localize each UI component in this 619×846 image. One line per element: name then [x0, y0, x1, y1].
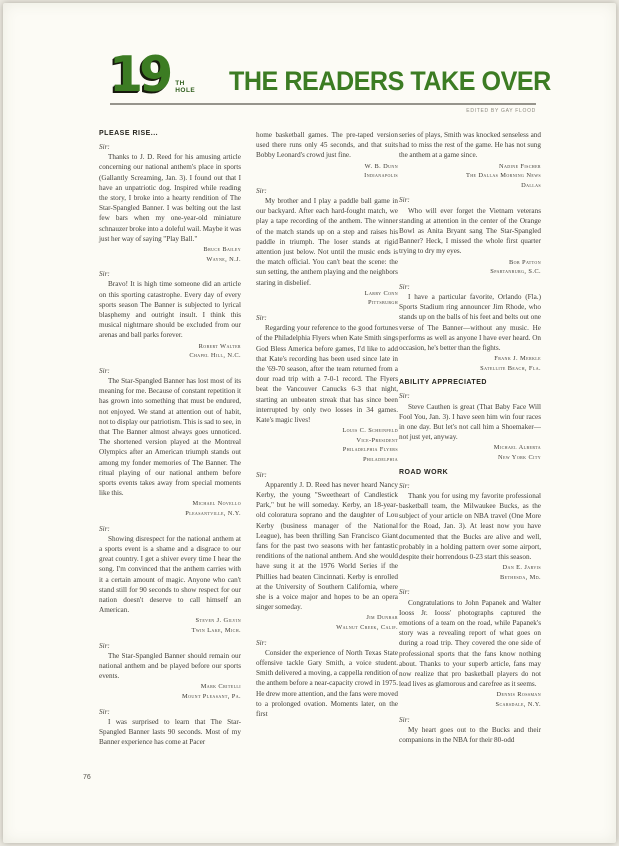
letter-paragraph: The Star-Spangled Banner has lost most o… [99, 376, 241, 498]
letter-paragraph: I was surprised to learn that The Star-S… [99, 717, 241, 748]
letter-salutation: Sir: [399, 587, 541, 597]
letter-paragraph: Showing disrespect for the national anth… [99, 534, 241, 616]
header-rule [110, 103, 536, 105]
letter-salutation: Sir: [99, 269, 241, 279]
signature-line: Mark Critelli [99, 682, 241, 692]
signature-line: Steven J. Gilvin [99, 616, 241, 626]
letter-salutation: Sir: [99, 524, 241, 534]
section-heading: ROAD WORK [399, 469, 541, 476]
signature-line: Scarsdale, N.Y. [399, 700, 541, 710]
letter-paragraph: My brother and I play a paddle ball game… [256, 196, 398, 288]
signature-line: Wayne, N.J. [99, 255, 241, 265]
signature-line: Pittsburgh [256, 298, 398, 308]
signature-line: Louis C. Scheinfeld [256, 426, 398, 436]
signature-line: Mount Pleasant, Pa. [99, 692, 241, 702]
signature-line: Spartanburg, S.C. [399, 267, 541, 277]
letter-paragraph: Thank you for using my favorite professi… [399, 491, 541, 562]
signature-line: Larry Conn [256, 289, 398, 299]
letter-salutation: Sir: [399, 391, 541, 401]
letter-salutation: Sir: [399, 715, 541, 725]
letter-salutation: Sir: [399, 481, 541, 491]
signature-line: Bob Patton [399, 258, 541, 268]
signature-line: Michael Alberta [399, 443, 541, 453]
letter-paragraph: The Star-Spangled Banner should remain o… [99, 651, 241, 682]
page-number: 76 [83, 774, 91, 781]
letter-paragraph: Regarding your reference to the good for… [256, 323, 398, 425]
letter-paragraph: series of plays, Smith was knocked sense… [399, 130, 541, 161]
letter-signature: Nadine FischerThe Dallas Morning NewsDal… [399, 162, 541, 191]
letter-paragraph: I have a particular favorite, Orlando (F… [399, 292, 541, 353]
section-heading: PLEASE RISE... [99, 130, 241, 137]
text-column: series of plays, Smith was knocked sense… [399, 130, 541, 745]
letter-signature: Dennis RossmanScarsdale, N.Y. [399, 690, 541, 709]
signature-line: The Dallas Morning News [399, 171, 541, 181]
signature-line: Vice-President [256, 436, 398, 446]
letter-signature: Steven J. GilvinTwin Lake, Mich. [99, 616, 241, 635]
letter-signature: Michael NovelloPleasantville, N.Y. [99, 499, 241, 518]
nineteenth-hole-logo: 19 TH HOLE [109, 53, 195, 97]
signature-line: Indianapolis [256, 171, 398, 181]
signature-line: Chapel Hill, N.C. [99, 351, 241, 361]
letter-paragraph: Thanks to J. D. Reed for his amusing art… [99, 152, 241, 244]
signature-line: Robert Walter [99, 342, 241, 352]
text-column: home basketball games. The pre-taped ver… [256, 130, 398, 719]
signature-line: Philadelphia [256, 455, 398, 465]
letter-salutation: Sir: [399, 282, 541, 292]
logo-suffix-th: TH [175, 80, 195, 87]
letter-salutation: Sir: [256, 186, 398, 196]
page-title: THE READERS TAKE OVER [229, 66, 551, 96]
signature-line: Satellite Beach, Fla. [399, 364, 541, 374]
letter-signature: Bruce BaileyWayne, N.J. [99, 245, 241, 264]
signature-line: W. B. Dunn [256, 162, 398, 172]
signature-line: New York City [399, 453, 541, 463]
letter-signature: Michael AlbertaNew York City [399, 443, 541, 462]
letter-salutation: Sir: [99, 142, 241, 152]
signature-line: Nadine Fischer [399, 162, 541, 172]
letter-signature: Louis C. ScheinfeldVice-PresidentPhilade… [256, 426, 398, 464]
letter-signature: Jim DunbarWalnut Creek, Calif. [256, 613, 398, 632]
signature-line: Dan E. Jarvis [399, 563, 541, 573]
letter-salutation: Sir: [256, 470, 398, 480]
letter-salutation: Sir: [256, 638, 398, 648]
letter-signature: Robert WalterChapel Hill, N.C. [99, 342, 241, 361]
letter-paragraph: Bravo! It is high time someone did an ar… [99, 279, 241, 340]
letter-paragraph: Steve Cauthen is great (That Baby Face W… [399, 402, 541, 443]
section-heading: ABILITY APPRECIATED [399, 379, 541, 386]
letter-signature: Larry ConnPittsburgh [256, 289, 398, 308]
signature-line: Philadelphia Flyers [256, 445, 398, 455]
letter-paragraph: Consider the experience of North Texas S… [256, 648, 398, 719]
logo-suffix-hole: HOLE [175, 87, 195, 94]
logo-suffix: TH HOLE [175, 80, 195, 94]
signature-line: Frank J. Merkle [399, 354, 541, 364]
letter-salutation: Sir: [399, 195, 541, 205]
letter-paragraph: My heart goes out to the Bucks and their… [399, 725, 541, 745]
signature-line: Twin Lake, Mich. [99, 626, 241, 636]
letter-paragraph: home basketball games. The pre-taped ver… [256, 130, 398, 161]
letter-paragraph: Who will ever forget the Vietnam veteran… [399, 206, 541, 257]
letter-signature: Dan E. JarvisBethesda, Md. [399, 563, 541, 582]
letter-signature: Bob PattonSpartanburg, S.C. [399, 258, 541, 277]
signature-line: Jim Dunbar [256, 613, 398, 623]
letter-paragraph: Apparently J. D. Reed has never heard Na… [256, 480, 398, 613]
signature-line: Pleasantville, N.Y. [99, 509, 241, 519]
signature-line: Michael Novello [99, 499, 241, 509]
letter-paragraph: Congratulations to John Papanek and Walt… [399, 598, 541, 690]
signature-line: Walnut Creek, Calif. [256, 623, 398, 633]
signature-line: Bruce Bailey [99, 245, 241, 255]
signature-line: Dallas [399, 181, 541, 191]
letter-signature: Mark CritelliMount Pleasant, Pa. [99, 682, 241, 701]
signature-line: Bethesda, Md. [399, 573, 541, 583]
text-column: PLEASE RISE...Sir:Thanks to J. D. Reed f… [99, 130, 241, 747]
letter-salutation: Sir: [99, 707, 241, 717]
edited-by-credit: EDITED BY GAY FLOOD [110, 108, 536, 114]
letter-salutation: Sir: [99, 366, 241, 376]
signature-line: Dennis Rossman [399, 690, 541, 700]
letter-signature: Frank J. MerkleSatellite Beach, Fla. [399, 354, 541, 373]
magazine-page: 19 TH HOLE THE READERS TAKE OVER EDITED … [3, 3, 616, 843]
letter-salutation: Sir: [99, 641, 241, 651]
letter-signature: W. B. DunnIndianapolis [256, 162, 398, 181]
letter-salutation: Sir: [256, 313, 398, 323]
logo-number: 19 [109, 53, 169, 97]
